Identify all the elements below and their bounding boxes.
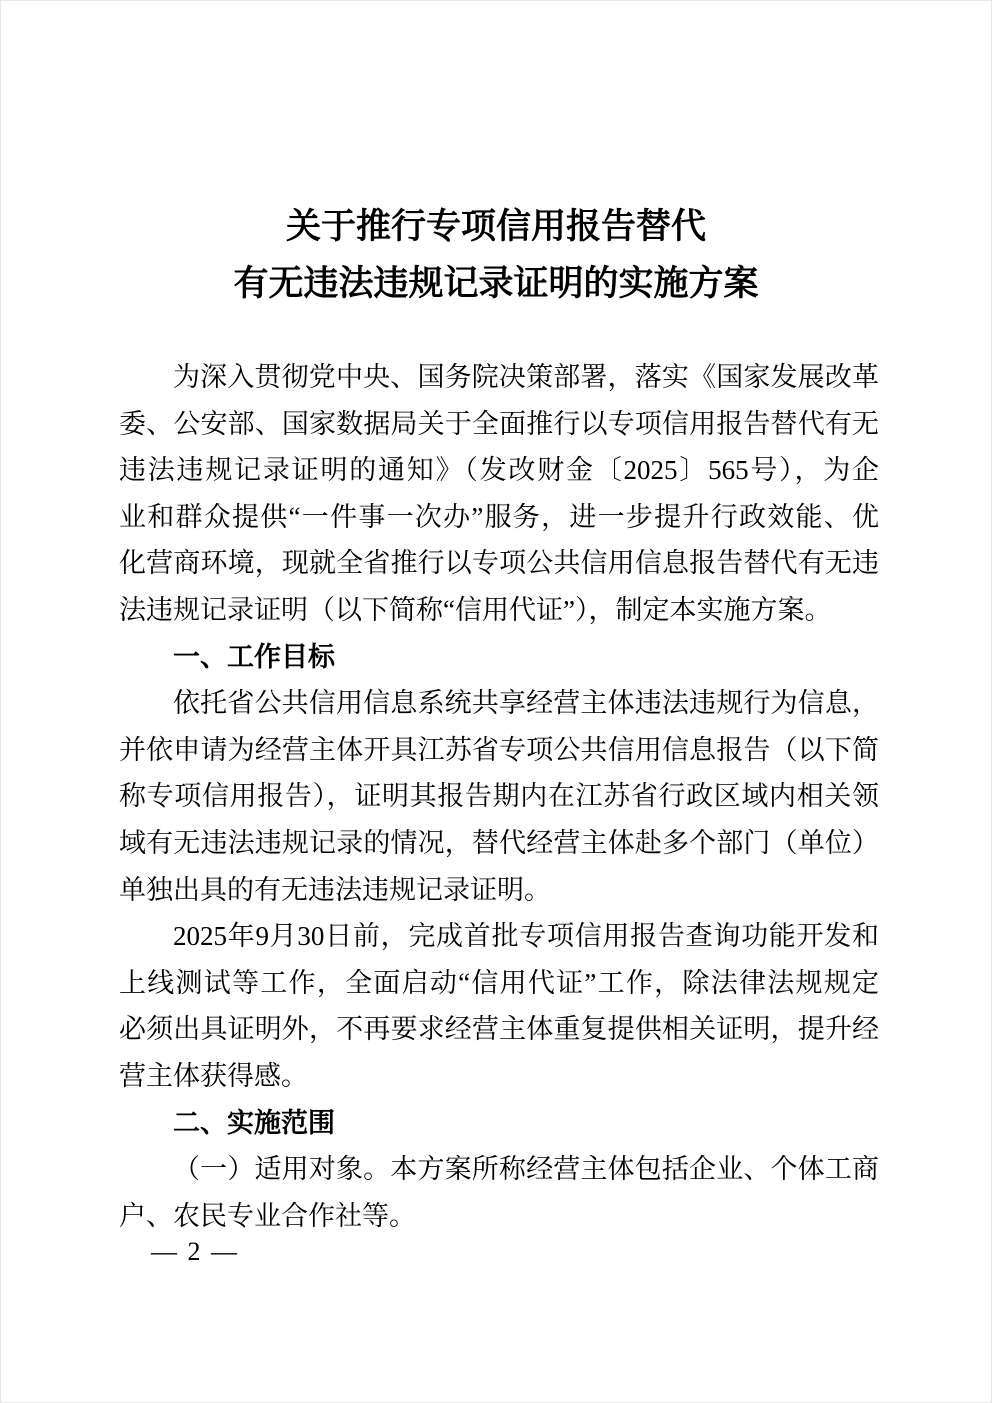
body-line: 营主体获得感。 (119, 1053, 879, 1100)
body-line: 单独出具的有无违法违规记录证明。 (119, 867, 879, 914)
body-line: 违法违规记录证明的通知》（发改财金〔2025〕565号），为企 (119, 447, 879, 494)
document-page: 关于推行专项信用报告替代 有无违法违规记录证明的实施方案 为深入贯彻党中央、国务… (0, 0, 992, 1403)
section-heading: 一、工作目标 (119, 634, 879, 681)
body-line: 必须出具证明外，不再要求经营主体重复提供相关证明，提升经 (119, 1006, 879, 1053)
body-line: 2025年9月30日前，完成首批专项信用报告查询功能开发和 (119, 913, 879, 960)
title-line-1: 关于推行专项信用报告替代 (1, 198, 991, 255)
section-heading: 二、实施范围 (119, 1100, 879, 1147)
body-line: 上线测试等工作，全面启动“信用代证”工作，除法律法规规定 (119, 960, 879, 1007)
body-line: 化营商环境，现就全省推行以专项公共信用信息报告替代有无违 (119, 540, 879, 587)
document-body: 为深入贯彻党中央、国务院决策部署，落实《国家发展改革委、公安部、国家数据局关于全… (119, 354, 879, 1239)
body-line: 为深入贯彻党中央、国务院决策部署，落实《国家发展改革 (119, 354, 879, 401)
body-line: 法违规记录证明（以下简称“信用代证”），制定本实施方案。 (119, 587, 879, 634)
body-line: 委、公安部、国家数据局关于全面推行以专项信用报告替代有无 (119, 401, 879, 448)
body-line: 称专项信用报告），证明其报告期内在江苏省行政区域内相关领 (119, 773, 879, 820)
body-line: 户、农民专业合作社等。 (119, 1193, 879, 1240)
body-line: 域有无违法违规记录的情况，替代经营主体赴多个部门（单位） (119, 820, 879, 867)
page-number: — 2 — (151, 1237, 239, 1267)
document-title: 关于推行专项信用报告替代 有无违法违规记录证明的实施方案 (1, 198, 991, 312)
title-line-2: 有无违法违规记录证明的实施方案 (1, 255, 991, 312)
body-line: 并依申请为经营主体开具江苏省专项公共信用信息报告（以下简 (119, 727, 879, 774)
body-line: （一）适用对象。本方案所称经营主体包括企业、个体工商 (119, 1146, 879, 1193)
body-line: 依托省公共信用信息系统共享经营主体违法违规行为信息， (119, 680, 879, 727)
body-line: 业和群众提供“一件事一次办”服务，进一步提升行政效能、优 (119, 494, 879, 541)
